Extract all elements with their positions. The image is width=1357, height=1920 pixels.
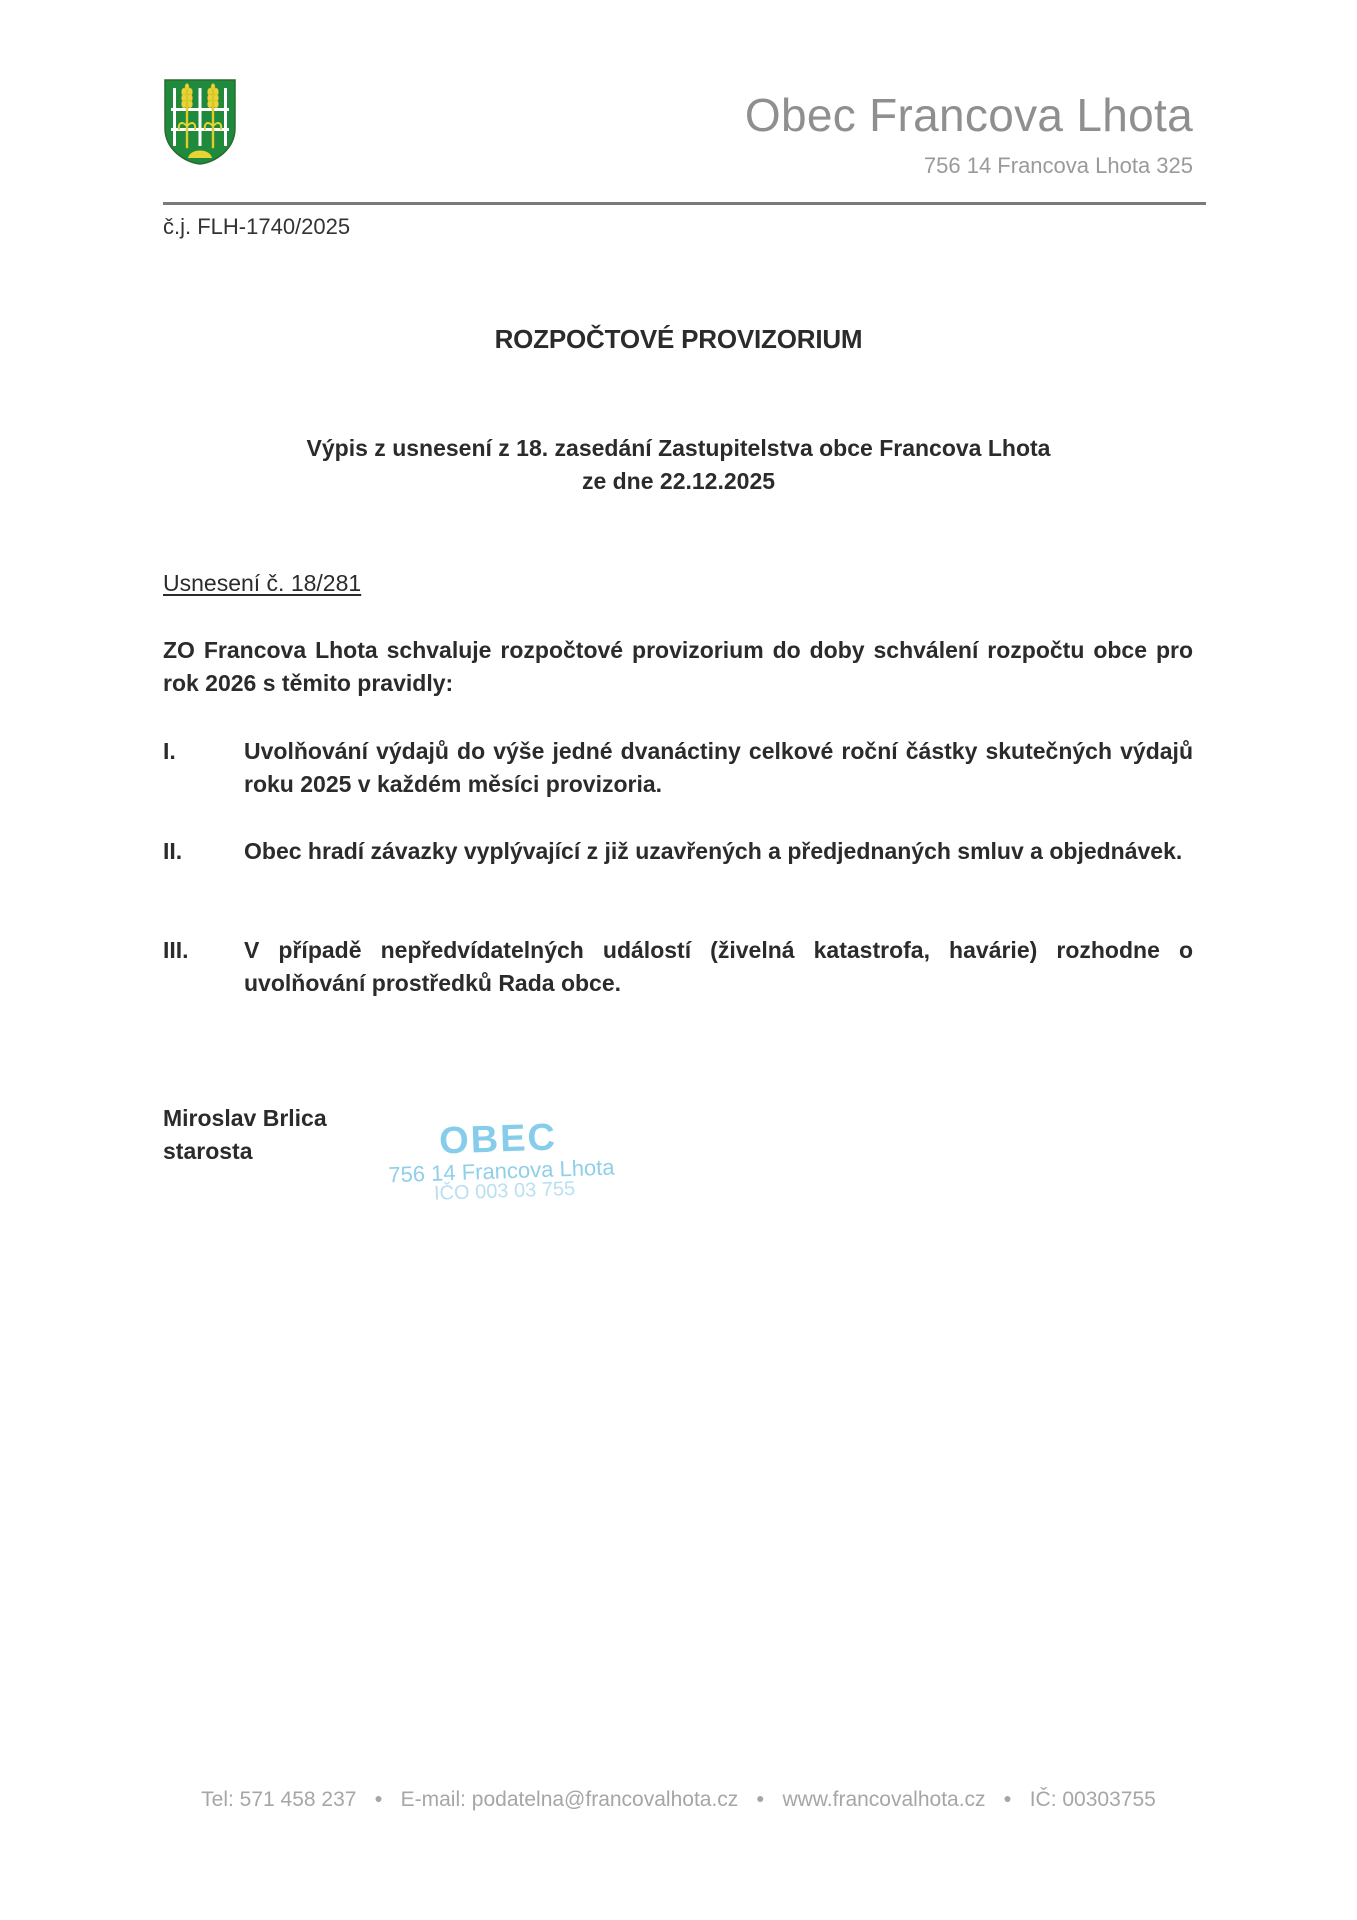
subtitle-line-1: Výpis z usnesení z 18. zasedání Zastupit…: [0, 432, 1357, 465]
bullet-separator-icon: ●: [756, 1790, 764, 1806]
document-title: ROZPOČTOVÉ PROVIZORIUM: [0, 324, 1357, 355]
footer-phone: Tel: 571 458 237: [201, 1788, 356, 1811]
footer-contacts: Tel: 571 458 237 ● E-mail: podatelna@fra…: [0, 1788, 1357, 1812]
rule-item: III. V případě nepředvídatelných událost…: [163, 934, 1193, 1000]
stamp-ico: IČO 003 03 755: [434, 1178, 576, 1206]
bullet-separator-icon: ●: [374, 1790, 382, 1806]
footer-email: E-mail: podatelna@francovalhota.cz: [401, 1788, 739, 1811]
subtitle-date: ze dne 22.12.2025: [0, 465, 1357, 498]
header-divider: [163, 202, 1206, 205]
signature-block: Miroslav Brlica starosta: [163, 1102, 327, 1168]
rule-number: III.: [163, 934, 233, 967]
reference-number: č.j. FLH-1740/2025: [163, 214, 350, 240]
signer-role: starosta: [163, 1135, 327, 1168]
document-page: Obec Francova Lhota 756 14 Francova Lhot…: [0, 0, 1357, 1920]
footer-ic: IČ: 00303755: [1030, 1788, 1156, 1811]
document-subtitle: Výpis z usnesení z 18. zasedání Zastupit…: [0, 432, 1357, 498]
resolution-number: Usnesení č. 18/281: [163, 570, 361, 597]
rule-number: I.: [163, 735, 233, 768]
rule-text: Obec hradí závazky vyplývající z již uza…: [244, 835, 1193, 868]
organization-name: Obec Francova Lhota: [745, 88, 1193, 142]
signer-name: Miroslav Brlica: [163, 1102, 327, 1135]
rule-item: II. Obec hradí závazky vyplývající z již…: [163, 835, 1193, 868]
rule-item: I. Uvolňování výdajů do výše jedné dvaná…: [163, 735, 1193, 801]
municipal-coat-of-arms-icon: [163, 78, 237, 166]
bullet-separator-icon: ●: [1003, 1790, 1011, 1806]
resolution-intro: ZO Francova Lhota schvaluje rozpočtové p…: [163, 634, 1193, 700]
official-stamp: OBEC 756 14 Francova Lhota IČO 003 03 75…: [387, 1114, 640, 1213]
organization-address: 756 14 Francova Lhota 325: [924, 153, 1193, 179]
rule-text: Uvolňování výdajů do výše jedné dvanácti…: [244, 735, 1193, 801]
rule-number: II.: [163, 835, 233, 868]
footer-website: www.francovalhota.cz: [782, 1788, 985, 1811]
rule-text: V případě nepředvídatelných událostí (ži…: [244, 934, 1193, 1000]
